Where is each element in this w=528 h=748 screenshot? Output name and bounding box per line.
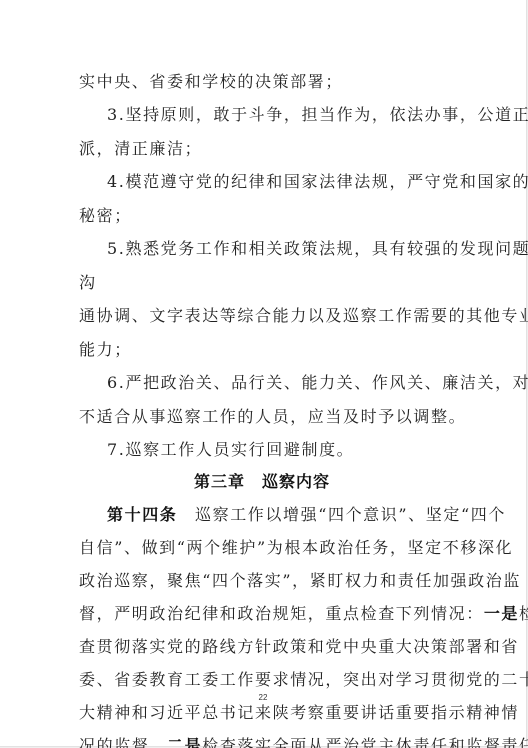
text-line: 查贯彻落实党的路线方针政策和党中央重大决策部署和省: [79, 637, 519, 657]
list-item-3: 3.坚持原则，敢于斗争，担当作为，依法办事，公道正: [107, 105, 528, 125]
text-line: 督，严明政治纪律和政治规矩，重点检查下列情况：一是检: [79, 604, 528, 624]
text-segment: 检: [519, 604, 528, 623]
text-line: 自信”、做到“两个维护”为根本政治任务，坚定不移深化: [79, 538, 513, 558]
text-line: 大精神和习近平总书记来陕考察重要讲话重要指示精神情: [79, 703, 519, 723]
text-line: 委、省委教育工委工作要求情况，突出对学习贯彻党的二十: [79, 670, 528, 690]
text-line: 沟: [79, 273, 97, 293]
text-line: 实中央、省委和学校的决策部署；: [79, 72, 343, 92]
document-page: 实中央、省委和学校的决策部署； 3.坚持原则，敢于斗争，担当作为，依法办事，公道…: [0, 0, 527, 747]
list-item-7: 7.巡察工作人员实行回避制度。: [107, 440, 354, 460]
list-item-5: 5.熟悉党务工作和相关政策法规，具有较强的发现问题、: [107, 239, 528, 259]
article-first-line: 第十四条 巡察工作以增强“四个意识”、坚定“四个: [107, 505, 506, 525]
text-line: 不适合从事巡察工作的人员，应当及时予以调整。: [79, 407, 466, 427]
article-label: 第十四条: [107, 505, 177, 524]
point-one-label: 一是: [484, 604, 519, 623]
article-text: 巡察工作以增强“四个意识”、坚定“四个: [177, 505, 506, 524]
text-segment: 检查落实全面从严治党主体责任和监督责任: [202, 736, 528, 748]
text-line: 通协调、文字表达等综合能力以及巡察工作需要的其他专业: [79, 306, 528, 326]
text-line: 能力；: [79, 340, 132, 360]
list-item-6: 6.严把政治关、品行关、能力关、作风关、廉洁关，对: [107, 373, 528, 393]
text-segment: 督，严明政治纪律和政治规矩，重点检查下列情况：: [79, 604, 484, 623]
chapter-heading: 第三章 巡察内容: [79, 472, 445, 492]
point-two-label: 二是: [167, 736, 202, 748]
page-number: 22: [0, 693, 526, 702]
text-segment: 况的监督。: [79, 736, 167, 748]
list-item-4: 4.模范遵守党的纪律和国家法律法规，严守党和国家的: [107, 172, 528, 192]
text-line: 政治巡察，聚焦“四个落实”，紧盯权力和责任加强政治监: [79, 571, 521, 591]
text-line: 派，清正廉洁；: [79, 139, 202, 159]
text-line: 况的监督。二是检查落实全面从严治党主体责任和监督责任: [79, 736, 528, 748]
text-line: 秘密；: [79, 206, 132, 226]
